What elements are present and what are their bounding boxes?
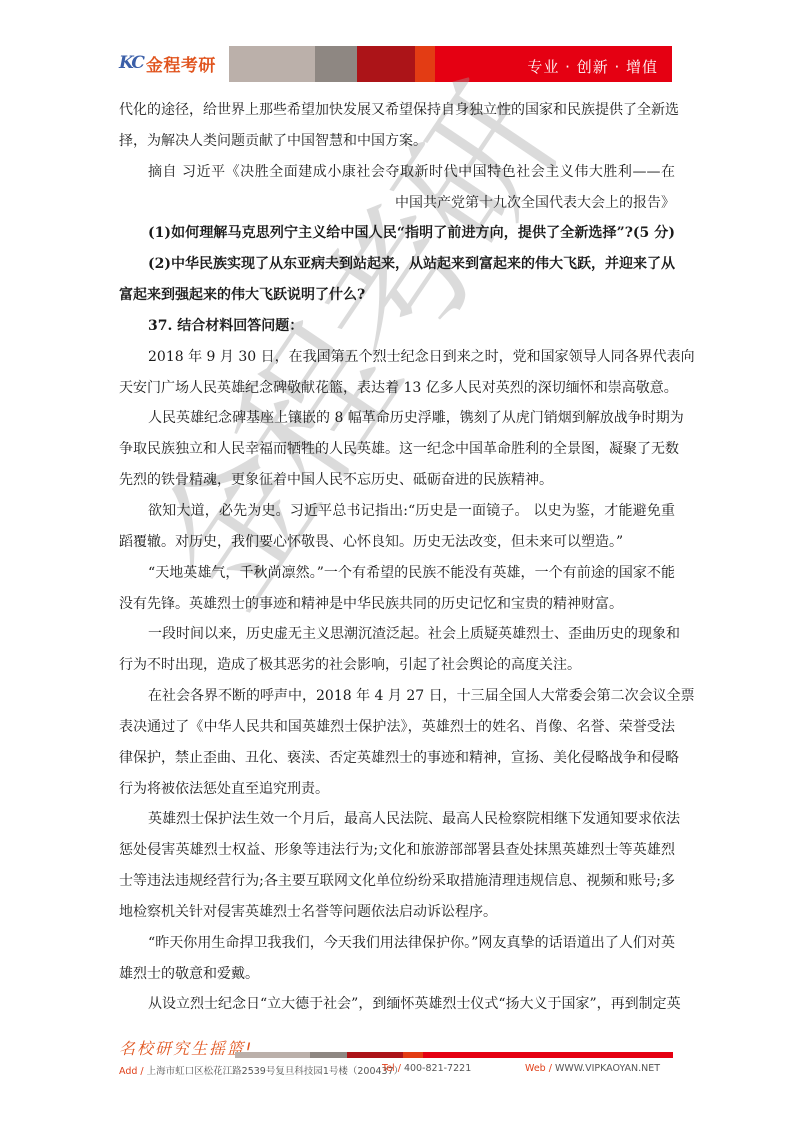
header-slogan: 专业 · 创新 · 增值 [527,56,658,77]
text-line: 欲知大道，必先为史。习近平总书记指出:“历史是一面镜子。 以史为鉴，才能避免重 [119,496,675,527]
web-value: WWW.VIPKAOYAN.NET [555,1063,660,1074]
header-bar-segment [415,46,435,82]
logo-text: 金程考研 [146,51,216,76]
text-line: 士等违法违规经营行为;各主要互联网文化单位纷纷采取措施清理违规信息、视频和账号;… [119,866,675,897]
tel-value: 400-821-7221 [404,1063,471,1074]
text-line: 代化的途径，给世界上那些希望加快发展又希望保持自身独立性的国家和民族提供了全新选 [119,95,675,126]
footer-tel: Tel / 400-821-7221 [382,1063,471,1074]
text-line: 惩处侵害英雄烈士权益、形象等违法行为;文化和旅游部部署县查处抹黑英雄烈士等英雄烈 [119,835,675,866]
footer-bar-segment [403,1052,423,1058]
text-line: “天地英雄气，千秋尚凛然。”一个有希望的民族不能没有英雄，一个有前途的国家不能 [119,558,675,589]
page-header: KC 金程考研 专业 · 创新 · 增值 [119,44,673,82]
text-line: 摘自 习近平《决胜全面建成小康社会夺取新时代中国特色社会主义伟大胜利——在 [119,157,675,188]
text-line: 行为将被依法惩处直至追究刑责。 [119,774,675,805]
footer-address: Add / 上海市虹口区松花江路2539号复旦科技园1号楼（200437） [119,1063,403,1077]
text-line: 地检察机关针对侵害英雄烈士名誉等问题依法启动诉讼程序。 [119,897,675,928]
text-line: 蹈覆辙。对历史，我们要心怀敬畏、心怀良知。历史无法改变，但未来可以塑造。” [119,527,675,558]
text-line: 没有先锋。英雄烈士的事迹和精神是中华民族共同的历史记忆和宝贵的精神财富。 [119,589,675,620]
text-line: 从设立烈士纪念日“立大德于社会”，到缅怀英雄烈士仪式“扬大义于国家”，再到制定英 [119,989,675,1020]
text-line: 雄烈士的敬意和爱戴。 [119,959,675,990]
text-line: 表决通过了《中华人民共和国英雄烈士保护法》，英雄烈士的姓名、肖像、名誉、荣誉受法 [119,712,675,743]
footer-bar-segment [235,1052,310,1058]
tel-label: Tel / [382,1063,401,1074]
footer-bar-segment [347,1052,403,1058]
document-body: 代化的途径，给世界上那些希望加快发展又希望保持自身独立性的国家和民族提供了全新选… [119,95,675,1020]
text-line: 律保护，禁止歪曲、丑化、亵渎、否定英雄烈士的事迹和精神，宣扬、美化侵略战争和侵略 [119,743,675,774]
text-line: 择，为解决人类问题贡献了中国智慧和中国方案。 [119,126,675,157]
text-line: 富起来到强起来的伟大飞跃说明了什么? [119,280,675,311]
text-line: (2)中华民族实现了从东亚病夫到站起来，从站起来到富起来的伟大飞跃，并迎来了从 [119,249,675,280]
text-line: 行为不时出现，造成了极其恶劣的社会影响，引起了社会舆论的高度关注。 [119,650,675,681]
footer-slogan: 名校研究生摇篮! [119,1036,253,1059]
address-value: 上海市虹口区松花江路2539号复旦科技园1号楼（200437） [147,1066,404,1077]
text-line: 在社会各界不断的呼声中，2018 年 4 月 27 日，十三届全国人大常委会第二… [119,681,675,712]
text-line: 先烈的铁骨精魂，更象征着中国人民不忘历史、砥砺奋进的民族精神。 [119,465,675,496]
text-line: 2018 年 9 月 30 日，在我国第五个烈士纪念日到来之时，党和国家领导人同… [119,342,675,373]
text-line: (1)如何理解马克思列宁主义给中国人民“指明了前进方向，提供了全新选择”?(5 … [119,218,675,249]
text-line: 英雄烈士保护法生效一个月后，最高人民法院、最高人民检察院相继下发通知要求依法 [119,804,675,835]
text-line: 37. 结合材料回答问题： [119,311,675,342]
brand-logo: KC 金程考研 [119,48,216,78]
text-line: 争取民族独立和人民幸福而牺牲的人民英雄。这一纪念中国革命胜利的全景图，凝聚了无数 [119,434,675,465]
footer-bar-segment [310,1052,347,1058]
web-label: Web / [525,1063,552,1074]
header-bar-segment [229,46,315,82]
page-footer: 名校研究生摇篮! Add / 上海市虹口区松花江路2539号复旦科技园1号楼（2… [119,1036,675,1080]
logo-mark-icon: KC [119,53,143,73]
footer-web: Web / WWW.VIPKAOYAN.NET [525,1063,660,1074]
text-line: 人民英雄纪念碑基座上镶嵌的 8 幅革命历史浮雕，镌刻了从虎门销烟到解放战争时期为 [119,403,675,434]
header-bar-segment [315,46,357,82]
footer-bar-segment [423,1052,673,1058]
header-bar-segment [357,46,415,82]
address-label: Add / [119,1066,144,1077]
text-line: “昨天你用生命捍卫我我们，今天我们用法律保护你。”网友真挚的话语道出了人们对英 [119,928,675,959]
text-line: 中国共产党第十九次全国代表大会上的报告》 [119,188,675,219]
text-line: 一段时间以来，历史虚无主义思潮沉渣泛起。社会上质疑英雄烈士、歪曲历史的现象和 [119,619,675,650]
header-bar-segment: 专业 · 创新 · 增值 [435,46,672,82]
text-line: 天安门广场人民英雄纪念碑敬献花篮，表达着 13 亿多人民对英烈的深切缅怀和崇高敬… [119,373,675,404]
